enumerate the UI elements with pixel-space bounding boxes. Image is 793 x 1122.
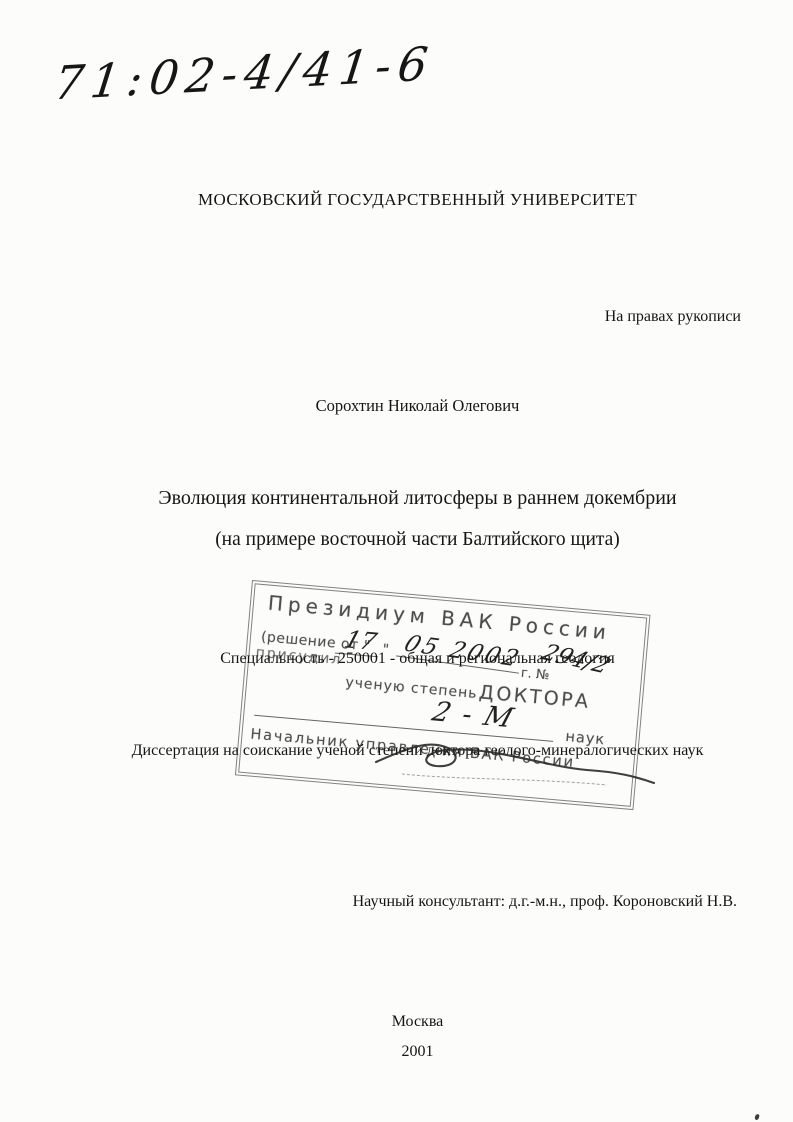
year-line: 2001 [42,1043,793,1061]
scan-artifact-speck [754,1114,760,1121]
dissertation-title-line1: Эволюция континентальной литосферы в ран… [42,487,793,510]
specialty-line: Специальность - 250001 - общая и региона… [42,650,793,668]
city-line: Москва [42,1013,793,1031]
university-name: МОСКОВСКИЙ ГОСУДАРСТВЕННЫЙ УНИВЕРСИТЕТ [42,190,793,210]
author-name: Сорохтин Николай Олегович [42,396,793,416]
signature-stroke [372,728,662,798]
stamp-number-label: г. № [520,666,550,683]
scientific-consultant-line: Научный консультант: д.г.-м.н., проф. Ко… [353,893,737,911]
handwritten-catalog-code: 71:02-4/41-6 [51,36,437,110]
dissertation-title-page: 71:02-4/41-6 МОСКОВСКИЙ ГОСУДАРСТВЕННЫЙ … [0,0,793,1122]
manuscript-rights-note: На правах рукописи [605,308,741,326]
dissertation-title-line2: (на примере восточной части Балтийского … [42,529,793,551]
